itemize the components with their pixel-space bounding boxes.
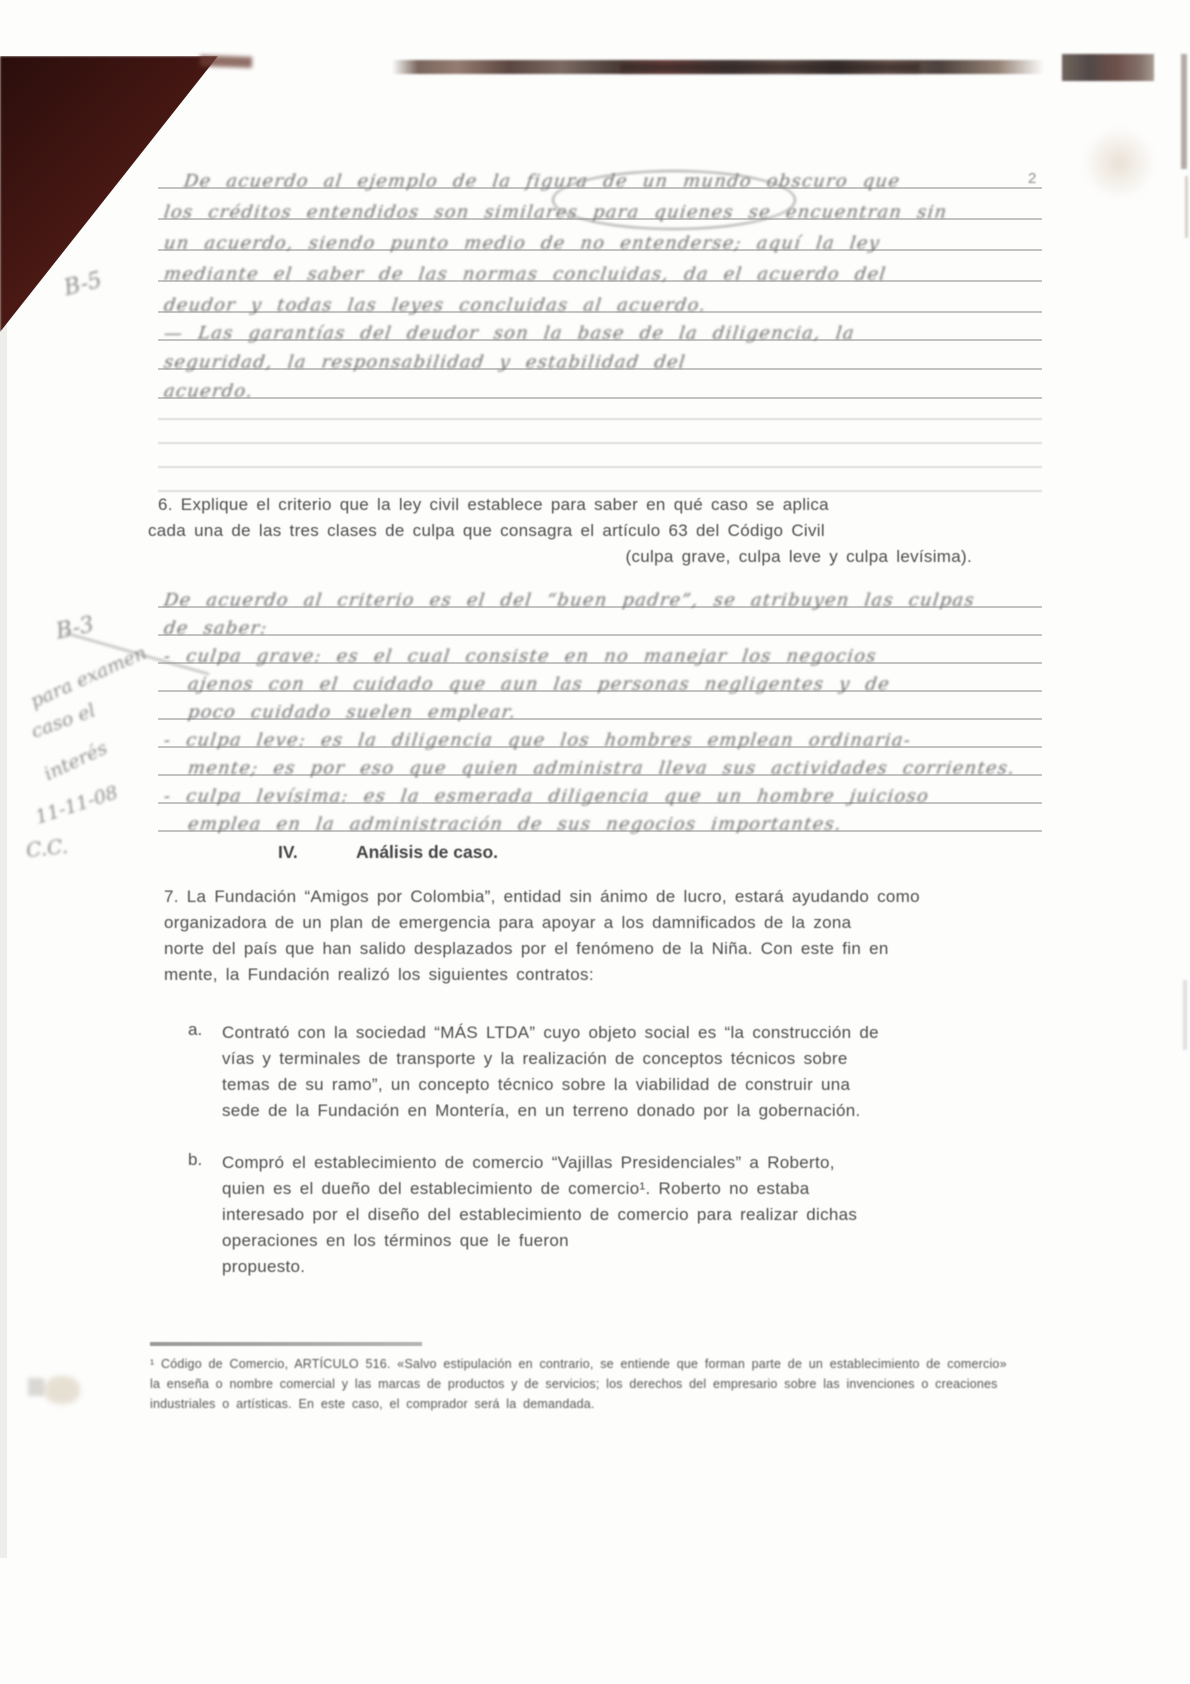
margin-grade-note: B-5: [62, 268, 105, 301]
case-item-b: b. Compró el establecimiento de comercio…: [188, 1150, 1042, 1280]
scanned-document-page: 2 De acuerdo al ejemplo de la figura de …: [0, 0, 1190, 1684]
typed-line: 7. La Fundación “Amigos por Colombia”, e…: [164, 884, 1042, 910]
section-numeral: IV.: [278, 842, 356, 863]
empty-ruled-lines: [158, 396, 1042, 492]
typed-line: propuesto.: [222, 1254, 1042, 1280]
handwritten-line: acuerdo.: [158, 370, 1042, 399]
footnote: ¹ Código de Comercio, ARTÍCULO 516. «Sal…: [150, 1354, 1042, 1414]
margin-scribble: interés: [41, 737, 111, 785]
right-edge-mark: [1185, 176, 1188, 238]
footnote-line: industriales o artísticas. En este caso,…: [150, 1394, 1042, 1414]
smudge-top-right: [1082, 126, 1156, 200]
footnote-line: la enseña o nombre comercial y las marca…: [150, 1374, 1042, 1394]
typed-line: vías y terminales de transporte y la rea…: [222, 1046, 1042, 1072]
handwritten-text: emplea en la administración de sus negoc…: [187, 814, 843, 835]
top-edge-streak-artifact: [392, 60, 1044, 74]
margin-initials: C.C.: [25, 834, 69, 862]
handwritten-line: poco cuidado suelen emplear.: [158, 692, 1042, 720]
typed-line: mente, la Fundación realizó los siguient…: [164, 962, 1042, 988]
case-intro-paragraph: 7. La Fundación “Amigos por Colombia”, e…: [164, 884, 1042, 988]
ruled-line: [158, 468, 1042, 492]
typed-line: operaciones en los términos que le fuero…: [222, 1228, 1042, 1254]
section-title: Análisis de caso.: [356, 842, 498, 862]
margin-scribble: 11-11-08: [33, 781, 121, 828]
handwritten-line: - culpa grave: es el cual consiste en no…: [158, 636, 1042, 664]
handwritten-line: seguridad, la responsabilidad y estabili…: [158, 341, 1042, 370]
corner-fray-artifact: [200, 55, 252, 68]
right-edge-mark: [1181, 54, 1187, 169]
handwritten-line: De acuerdo al criterio es el del “buen p…: [158, 580, 1042, 608]
typed-line: organizadora de un plan de emergencia pa…: [164, 910, 1042, 936]
item-label: b.: [188, 1150, 202, 1170]
typed-line: Compró el establecimiento de comercio “V…: [222, 1150, 1042, 1176]
handwritten-line: emplea en la administración de sus negoc…: [158, 804, 1042, 832]
ruled-line: [158, 420, 1042, 444]
typed-line: cada una de las tres clases de culpa que…: [148, 518, 1042, 544]
case-item-a: a. Contrató con la sociedad “MÁS LTDA” c…: [188, 1020, 1042, 1124]
handwritten-line: un acuerdo, siendo punto medio de no ent…: [158, 220, 1042, 251]
typed-line: sede de la Fundación en Montería, en un …: [222, 1098, 1042, 1124]
handwritten-line: mediante el saber de las normas concluid…: [158, 251, 1042, 282]
handwritten-answer: De acuerdo al criterio es el del “buen p…: [158, 580, 1042, 832]
question-6-text: 6. Explique el criterio que la ley civil…: [158, 492, 1042, 570]
typed-line: interesado por el diseño del establecimi…: [222, 1202, 1042, 1228]
typed-line: temas de su ramo”, un concepto técnico s…: [222, 1072, 1042, 1098]
footnote-line: ¹ Código de Comercio, ARTÍCULO 516. «Sal…: [150, 1354, 1042, 1374]
handwritten-line: - culpa levísima: es la esmerada diligen…: [158, 776, 1042, 804]
footnote-separator: [150, 1342, 422, 1346]
handwritten-line: - culpa leve: es la diligencia que los h…: [158, 720, 1042, 748]
top-right-edge-artifact: [1062, 54, 1154, 81]
typed-line: norte del país que han salido desplazado…: [164, 936, 1042, 962]
typed-line: 6. Explique el criterio que la ley civil…: [158, 492, 1042, 518]
ruled-line: [158, 444, 1042, 468]
handwritten-paragraph-2: — Las garantías del deudor son la base d…: [158, 312, 1042, 399]
handwritten-line: — Las garantías del deudor son la base d…: [158, 312, 1042, 341]
handwritten-line: mente; es por eso que quien administra l…: [158, 748, 1042, 776]
handwritten-line: ajenos con el cuidado que aun las person…: [158, 664, 1042, 692]
right-edge-mark: [1183, 980, 1187, 1050]
top-edge-streak-dark: [620, 63, 920, 72]
section-heading: IV.Análisis de caso.: [278, 842, 498, 863]
smudge-bottom-left-gray: [28, 1378, 44, 1396]
handwritten-line: de saber:: [158, 608, 1042, 636]
typed-line: quien es el dueño del establecimiento de…: [222, 1176, 1042, 1202]
smudge-bottom-left: [44, 1376, 80, 1404]
typed-line: (culpa grave, culpa leve y culpa levísim…: [158, 544, 1042, 570]
typed-line: Contrató con la sociedad “MÁS LTDA” cuyo…: [222, 1020, 1042, 1046]
item-label: a.: [188, 1020, 202, 1040]
circled-words-annotation: [552, 170, 796, 230]
ruled-line: [158, 396, 1042, 420]
handwritten-line: deudor y todas las leyes concluidas al a…: [158, 282, 1042, 313]
scan-edge-shadow: [0, 58, 7, 1558]
